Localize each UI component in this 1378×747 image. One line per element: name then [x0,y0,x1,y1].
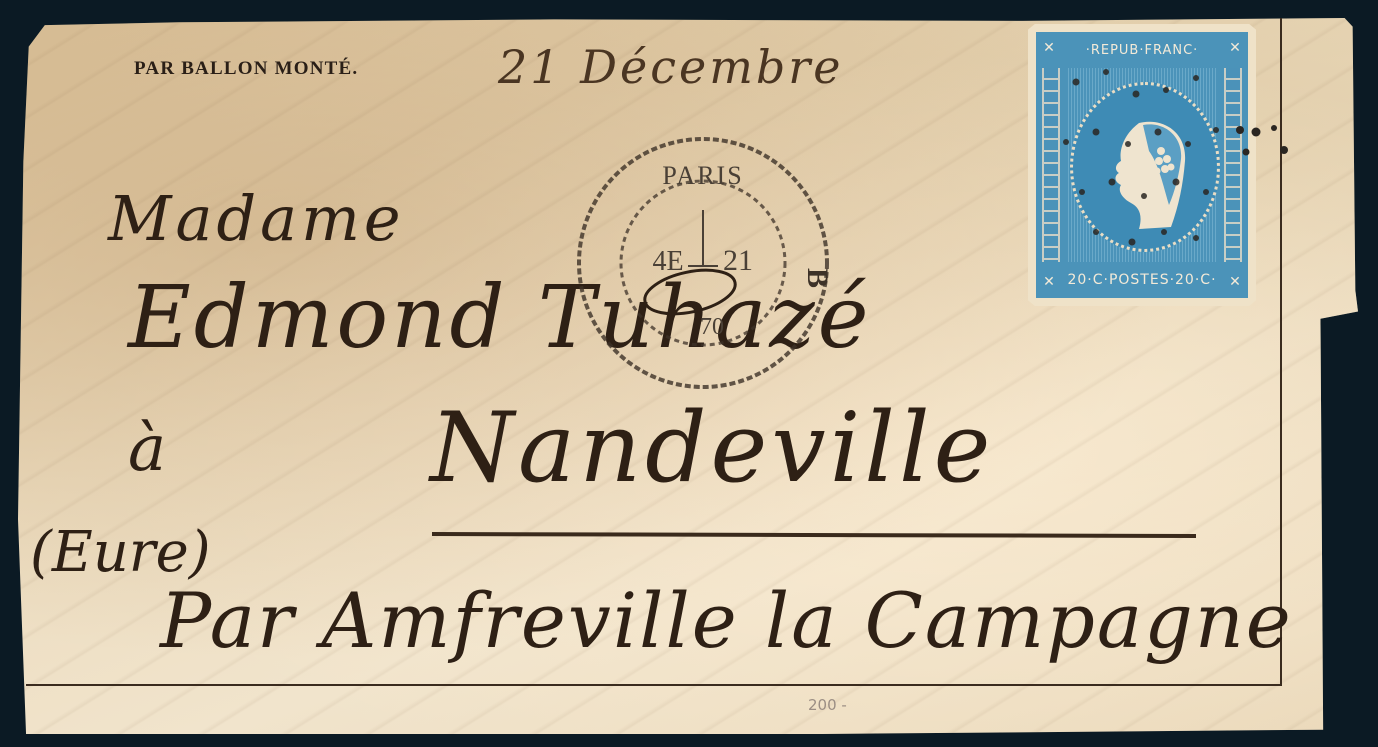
handwritten-date: 21 Décembre [498,40,844,94]
printed-frame-horizontal-line [26,684,1282,686]
address-town: Nandeville [430,392,994,504]
postmark-office-letter: B [801,268,834,288]
stamp-frame: ✕ ✕ ✕ ✕ ·REPUB·FRANC· 20·C·POSTES·20·C· [1036,32,1248,298]
postage-stamp: ✕ ✕ ✕ ✕ ·REPUB·FRANC· 20·C·POSTES·20·C· [1028,24,1256,306]
postmark-day: 21 [723,244,753,277]
postmark-year: 70 [700,314,724,340]
postmark-icon: PARIS 4E 21 70 B [572,132,834,394]
postmark-time: 4E [652,246,683,277]
star-cancel-icon [1036,32,1248,298]
paris-postmark: PARIS 4E 21 70 B [572,132,834,394]
pencil-notation: 200 - [808,696,847,714]
address-preposition: à [128,412,166,486]
address-line-recipient-title: Madame [108,182,405,255]
cancel-overflow-dots-icon [1230,110,1330,170]
postmark-city: PARIS [662,161,743,190]
address-route: Par Amfreville la Campagne [160,576,1293,665]
printed-header: PAR BALLON MONTÉ. [134,58,358,80]
